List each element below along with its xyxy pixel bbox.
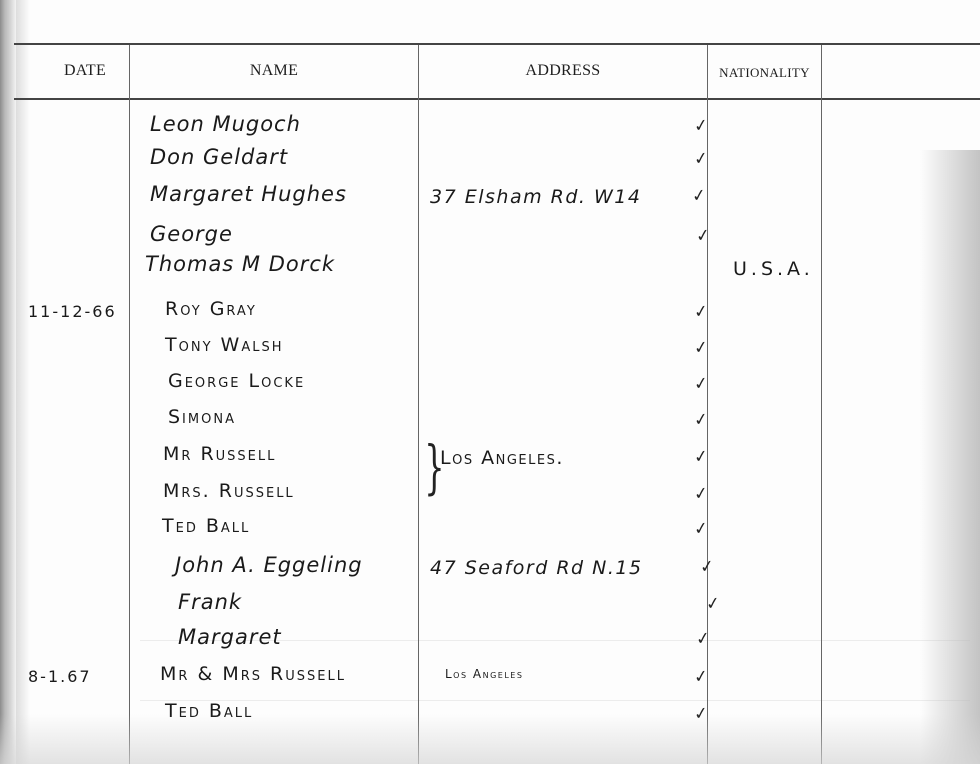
check-mark-icon: ✓ (693, 446, 710, 468)
entry-name: Mr Russell (163, 443, 276, 465)
check-mark-icon: ✓ (693, 666, 710, 688)
check-mark-icon: ✓ (693, 373, 710, 395)
check-mark-icon: ✓ (693, 148, 710, 170)
entry-address: 37 Elsham Rd. W14 (430, 186, 641, 208)
column-divider-date (129, 45, 130, 764)
check-mark-icon: ✓ (691, 185, 708, 207)
column-divider-name (418, 45, 419, 764)
entry-nationality: U.S.A. (733, 258, 814, 280)
entry-name: Simona (168, 406, 236, 428)
book-binding (0, 0, 16, 764)
brace-icon: } (424, 438, 444, 496)
entry-name: George (150, 222, 233, 246)
check-mark-icon: ✓ (693, 483, 710, 505)
entry-name: Tony Walsh (165, 334, 284, 356)
entry-name: Thomas M Dorck (145, 252, 335, 276)
column-header-date: DATE (40, 62, 130, 80)
entry-name: John A. Eggeling (175, 553, 363, 577)
check-mark-icon: ✓ (705, 593, 722, 615)
check-mark-icon: ✓ (693, 518, 710, 540)
entry-name: Leon Mugoch (150, 112, 301, 136)
page-edge-shadow (920, 150, 980, 764)
column-header-nationality: NATIONALITY (708, 65, 821, 81)
ledger-page: DATE NAME ADDRESS NATIONALITY Leon Mugoc… (0, 0, 980, 764)
entry-name: Frank (178, 590, 242, 614)
check-mark-icon: ✓ (695, 225, 712, 247)
check-mark-icon: ✓ (693, 409, 710, 431)
entry-name: Margaret Hughes (150, 182, 347, 206)
check-mark-icon: ✓ (699, 556, 716, 578)
binding-shadow (16, 0, 30, 764)
header-top-rule (14, 43, 980, 45)
check-mark-icon: ✓ (693, 301, 710, 323)
faint-rule (140, 700, 970, 701)
entry-date: 11-12-66 (28, 302, 117, 321)
header-bottom-rule (14, 98, 980, 100)
check-mark-icon: ✓ (693, 337, 710, 359)
entry-name: George Locke (168, 370, 305, 392)
entry-address: Los Angeles. (440, 447, 564, 469)
column-header-address: ADDRESS (419, 62, 707, 80)
entry-name: Mr & Mrs Russell (160, 663, 346, 685)
page-bottom-shadow (0, 714, 980, 764)
entry-name: Mrs. Russell (163, 480, 295, 502)
entry-name: Margaret (178, 625, 282, 649)
entry-address: Los Angeles (445, 667, 523, 681)
column-header-name: NAME (130, 62, 418, 80)
entry-name: Roy Gray (165, 298, 257, 320)
check-mark-icon: ✓ (693, 115, 710, 137)
entry-name: Don Geldart (150, 145, 288, 169)
entry-date: 8-1.67 (28, 667, 92, 686)
entry-address: 47 Seaford Rd N.15 (430, 557, 643, 579)
column-divider-nationality (821, 45, 822, 764)
entry-name: Ted Ball (162, 515, 250, 537)
check-mark-icon: ✓ (695, 628, 712, 650)
